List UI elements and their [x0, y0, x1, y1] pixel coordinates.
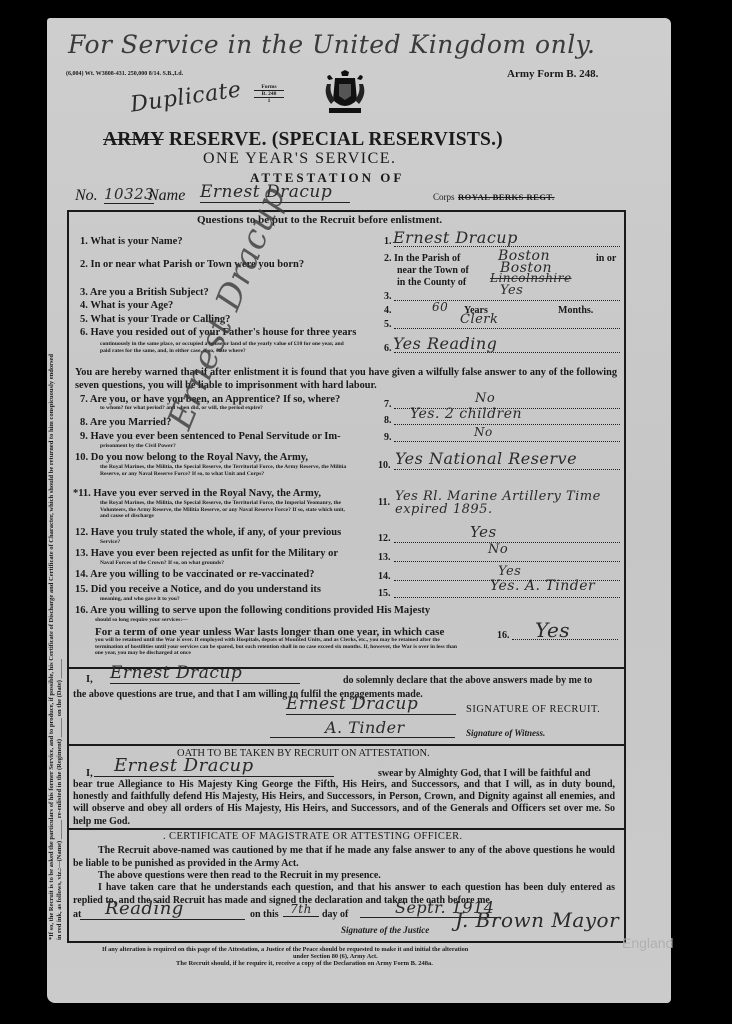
question-2: 2. In or near what Parish or Town were y… [80, 259, 304, 270]
answer-13-number: 13. [378, 552, 391, 563]
answer-2-in-or: in or [596, 253, 616, 264]
certificate-place: Reading [80, 898, 245, 920]
question-3: 3. Are you a British Subject? [80, 287, 209, 298]
witness-signature-label: Signature of Witness. [466, 728, 545, 738]
answer-9-number: 9. [384, 432, 392, 443]
recruit-signature-label: SIGNATURE OF RECRUIT. [466, 704, 600, 715]
certificate-para-2: The above questions were then read to th… [98, 870, 615, 883]
margin-note-line1: *If so, the Recruit is to be asked the p… [48, 354, 55, 940]
question-4: 4. What is your Age? [80, 300, 173, 311]
question-12-detail: Service? [100, 539, 120, 546]
footer-line-1: If any alteration is required on this pa… [102, 946, 468, 953]
oath-name: Ernest Dracup [94, 755, 334, 777]
question-16-term-detail: you will be retained until the War is ov… [95, 637, 465, 657]
question-8: 8. Are you Married? [80, 417, 171, 428]
watermark: England [622, 935, 673, 951]
question-13-detail: Naval Forces of the Crown? If so, on wha… [100, 560, 224, 567]
question-11-detail: the Royal Marines, the Militia, the Spec… [100, 500, 355, 520]
answer-6-value: Yes Reading [393, 334, 497, 353]
answer-10-number: 10. [378, 460, 391, 471]
witness-signature: A. Tinder [270, 718, 455, 738]
oath-text-first: swear by Almighty God, that I will be fa… [378, 768, 591, 779]
answer-9-value: No [474, 425, 493, 439]
oath-text-body: bear true Allegiance to His Majesty King… [73, 779, 615, 828]
form-title: ARMY RESERVE. (SPECIAL RESERVISTS.) [103, 129, 503, 151]
answer-4-number: 4. [384, 305, 392, 316]
royal-coat-of-arms-icon [321, 70, 369, 116]
answer-6-number: 6. [384, 343, 392, 354]
answer-11-value: Yes Rl. Marine Artillery Time expired 18… [395, 490, 625, 516]
answer-16-number: 16. [497, 630, 510, 641]
answer-13-line [394, 561, 620, 562]
question-9-detail: prisonment by the Civil Power? [100, 443, 176, 450]
recruit-number-value: 10323 [104, 185, 154, 204]
answer-5-number: 5. [384, 319, 392, 330]
answer-3-line [394, 300, 620, 301]
form-number: Army Form B. 248. [507, 68, 598, 80]
answer-4-months-label: Months. [558, 305, 593, 316]
question-12: 12. Have you truly stated the whole, if … [75, 527, 341, 538]
top-handwritten-annotation: For Service in the United Kingdom only. [68, 30, 595, 59]
certificate-para-1: The Recruit above-named was cautioned by… [73, 845, 615, 870]
answer-8-line [394, 424, 620, 425]
recruit-name-label: Name [148, 187, 185, 205]
certificate-title: . CERTIFICATE OF MAGISTRATE OR ATTESTING… [163, 831, 463, 842]
questions-heading: Questions to be put to the Recruit befor… [197, 214, 442, 226]
answer-4-value: 60 [432, 300, 448, 314]
margin-note-line2: in red ink, as follows, viz.:—(Name) ___… [56, 659, 63, 940]
title-main: RESERVE. (SPECIAL RESERVISTS.) [169, 129, 503, 150]
answer-5-line [394, 328, 620, 329]
forms-reference: Forms B. 248 1 [254, 84, 284, 104]
declaration-prefix: I, [86, 674, 93, 685]
question-11: *11. Have you ever served in the Royal N… [73, 488, 321, 499]
answer-15-value: Yes. A. Tinder [490, 578, 595, 594]
question-10: 10. Do you now belong to the Royal Navy,… [75, 452, 308, 463]
answer-12-number: 12. [378, 533, 391, 544]
certificate-day: 7th [283, 902, 319, 917]
answer-2-block: 2. In the Parish of near the Town of in … [384, 253, 469, 289]
question-9: 9. Have you ever been sentenced to Penal… [80, 431, 341, 442]
divider-certificate [69, 828, 624, 830]
printer-line: (6,004) Wt. W3808-431. 250,000 8/14. S.B… [66, 71, 183, 77]
question-13: 13. Have you ever been rejected as unfit… [75, 548, 338, 559]
certificate-day-of: day of [322, 909, 348, 920]
answer-1-number: 1. [384, 236, 392, 247]
question-16-detail: should so long require your services:— [95, 617, 188, 624]
corps-value: ROYAL BERKS REGT. [458, 192, 555, 202]
answer-16-value: Yes [535, 618, 570, 642]
answer-8-number: 8. [384, 415, 392, 426]
question-1: 1. What is your Name? [80, 236, 362, 247]
answer-3-number: 3. [384, 291, 392, 302]
answer-12-value: Yes [470, 523, 497, 541]
answer-7-value: No [475, 391, 495, 406]
answer-15-line [394, 597, 620, 598]
question-15: 15. Did you receive a Notice, and do you… [75, 584, 321, 595]
declaration-text-1: do solemnly declare that the above answe… [343, 675, 592, 686]
oath-prefix: I, [86, 768, 93, 779]
answer-13-value: No [488, 542, 508, 557]
answer-3-value: Yes [500, 283, 523, 298]
footer-line-2: under Section 80 (6), Army Act. [293, 953, 378, 960]
footer-line-3: The Recruit should, if he require it, re… [176, 960, 433, 967]
answer-7-number: 7. [384, 399, 392, 410]
answer-11-number: 11. [378, 497, 390, 508]
answer-1-value: Ernest Dracup [393, 228, 518, 247]
question-16: 16. Are you willing to serve upon the fo… [75, 605, 430, 616]
recruit-signature: Ernest Dracup [286, 694, 456, 715]
answer-8-value: Yes. 2 children [410, 406, 522, 422]
false-answer-warning: You are hereby warned that if after enli… [75, 367, 617, 392]
question-15-detail: meaning, and who gave it to you? [100, 596, 180, 603]
declaration-name: Ernest Dracup [110, 663, 300, 684]
title-struck-word: ARMY [103, 129, 164, 150]
answer-10-line [394, 469, 620, 470]
question-10-detail: the Royal Marines, the Militia, the Spec… [100, 464, 355, 477]
answer-9-line [394, 441, 620, 442]
answer-15-number: 15. [378, 588, 391, 599]
question-14: 14. Are you willing to be vaccinated or … [75, 569, 314, 580]
answer-14-value: Yes [498, 564, 521, 579]
corps-label: Corps [433, 192, 455, 202]
answer-5-value: Clerk [460, 312, 498, 327]
answer-10-value: Yes National Reserve [395, 449, 577, 468]
form-subtitle: ONE YEAR'S SERVICE. [203, 150, 397, 168]
divider-oath [69, 744, 624, 746]
recruit-number-label: No. [75, 187, 98, 205]
justice-signature: J. Brown Mayor [455, 908, 619, 932]
certificate-on-this: on this [250, 909, 279, 920]
answer-14-number: 14. [378, 571, 391, 582]
justice-signature-label: Signature of the Justice [341, 925, 429, 935]
